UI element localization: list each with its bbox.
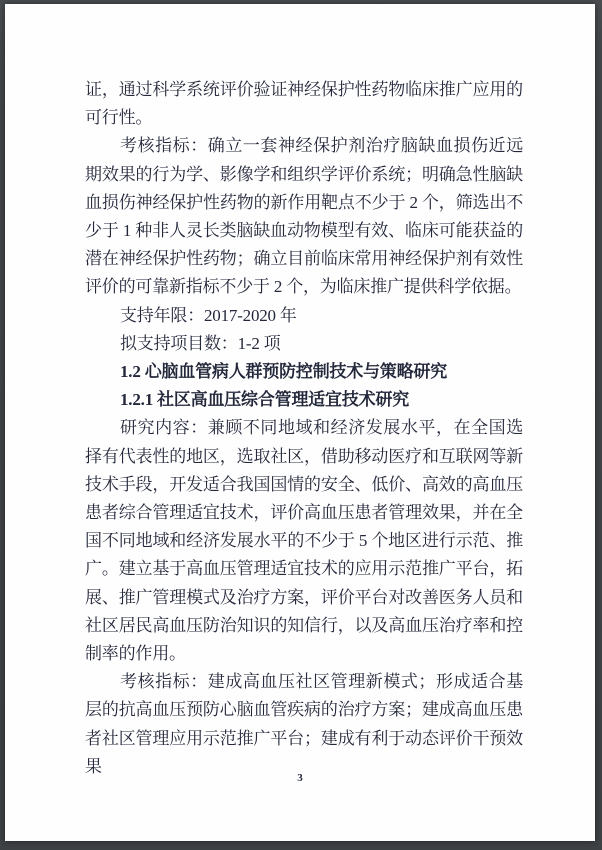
paragraph-assessment-indicators-1: 考核指标：确立一套神经保护剂治疗脑缺血损伤近远期效果的行为学、影像学和组织学评价… [85,132,523,301]
paragraph-research-content: 研究内容：兼顾不同地域和经济发展水平，在全国选择有代表性的地区，选取社区，借助移… [85,414,523,668]
paragraph-continuation: 证，通过科学系统评价验证神经保护性药物临床推广应用的可行性。 [85,76,523,132]
paragraph-assessment-indicators-2: 考核指标：建成高血压社区管理新模式；形成适合基层的抗高血压预防心脑血管疾病的治疗… [85,668,523,781]
section-heading-1-2: 1.2 心脑血管病人群预防控制技术与策略研究 [85,358,523,386]
paragraph-support-years: 支持年限：2017-2020 年 [85,302,523,330]
paragraph-project-count: 拟支持项目数：1-2 项 [85,330,523,358]
page-number: 3 [5,772,595,784]
document-page: 证，通过科学系统评价验证神经保护性药物临床推广应用的可行性。 考核指标：确立一套… [5,4,595,841]
document-text-block: 证，通过科学系统评价验证神经保护性药物临床推广应用的可行性。 考核指标：确立一套… [85,76,523,781]
section-heading-1-2-1: 1.2.1 社区高血压综合管理适宜技术研究 [85,386,523,414]
